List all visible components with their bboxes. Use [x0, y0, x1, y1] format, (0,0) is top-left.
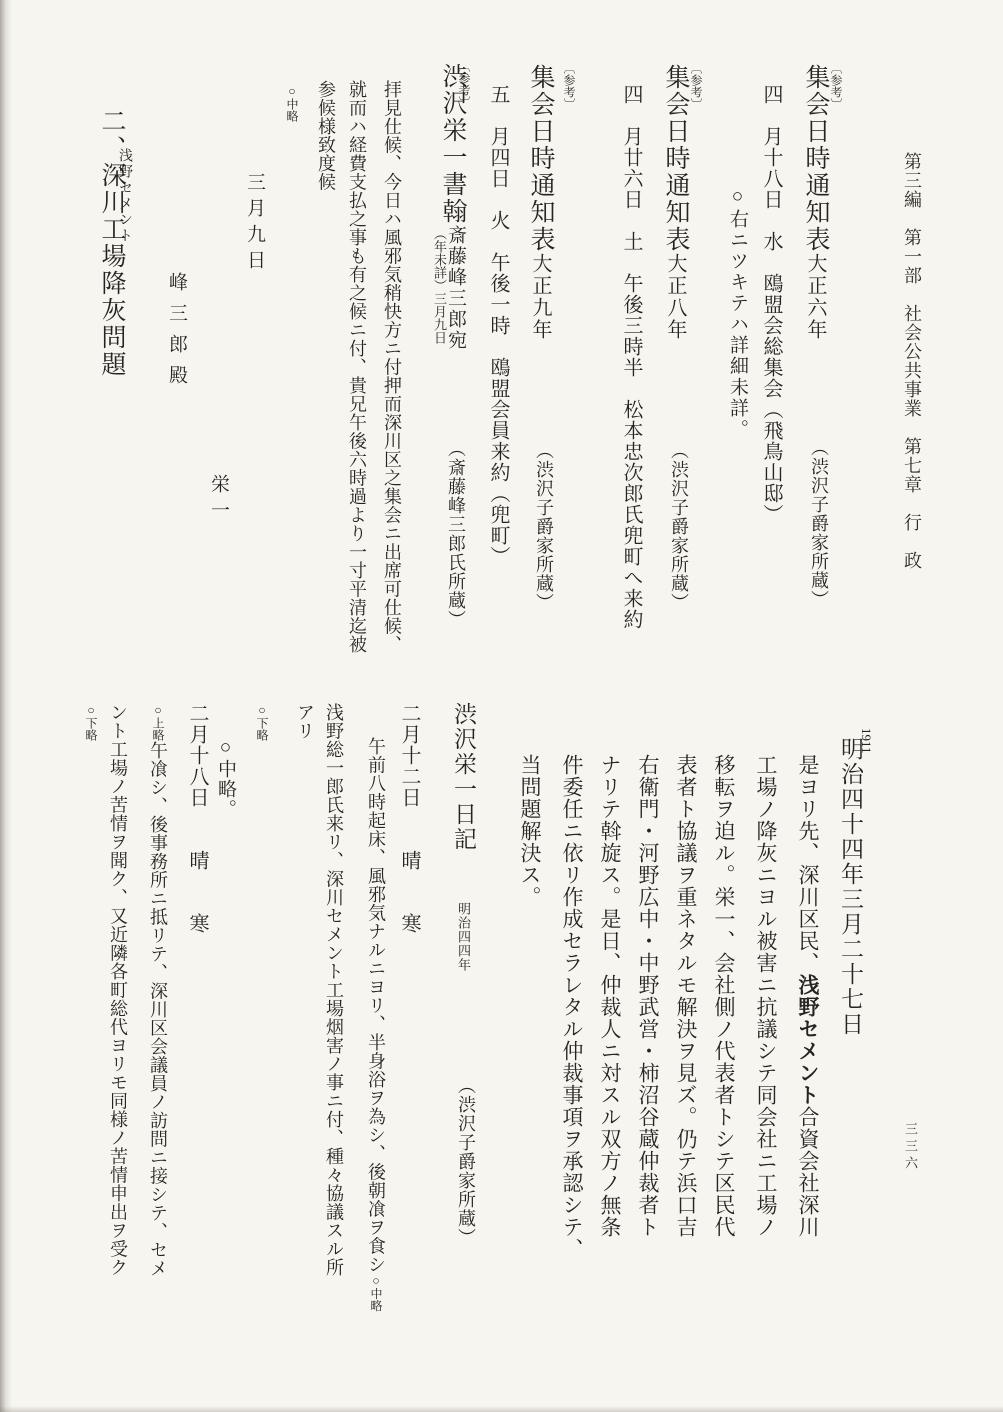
summary-line: 件委任ニ依リ作成セラレタル仲裁事項ヲ承認シテ、	[561, 754, 582, 1260]
reference-title-group: 集会日時通知表大正八年	[663, 64, 688, 341]
summary-line: 当問題解決ス。	[519, 754, 540, 908]
reference-title: 集会日時通知表	[527, 64, 554, 253]
omission-note: ○中略	[369, 1274, 383, 1312]
reference-title-column: 集会日時通知表大正六年 （渋沢子爵家所蔵）	[803, 64, 828, 609]
letter-addressee-block: 斎藤峰三郎宛（年未詳）三月九日	[433, 225, 465, 351]
page-number: 三三六	[904, 1122, 917, 1173]
omission-note: ○中略	[286, 84, 298, 122]
summary-line: 右衛門・河野広中・中野武営・柿沼谷蔵仲裁者ト	[637, 754, 658, 1238]
reference-era: 大正九年	[529, 253, 551, 341]
summary-line: ナリテ斡旋ス。是日、仲裁人ニ対スル双方ノ無条	[599, 754, 620, 1238]
reference-title-column: 集会日時通知表大正八年 （渋沢子爵家所蔵）	[663, 64, 688, 612]
diary-text: 午前八時起床、風邪気ナルニヨリ、半身浴ヲ為シ、後朝飡ヲ食シ	[366, 737, 386, 1274]
reference-source: （渋沢子爵家所蔵）	[528, 441, 553, 612]
diary-body-line: 浅野総一郎氏来リ、深川セメント工場烟害ノ事ニ付、種々協議スル所	[325, 703, 343, 1277]
reference-label: 〔参考〕	[563, 62, 575, 110]
summary-line: 工場ノ降灰ニヨル被害ニ抗議シテ同会社ニ工場ノ	[755, 754, 776, 1238]
diary-era: 明治四四年	[456, 902, 471, 972]
diary-body-line: アリ	[296, 703, 314, 740]
reference-era: 大正六年	[804, 253, 826, 341]
reference-era: 大正八年	[664, 253, 686, 341]
reference-label: 〔参考〕	[690, 62, 702, 110]
summary-text: 合資会社深川	[796, 1106, 820, 1238]
reference-title-column: 集会日時通知表大正九年 （渋沢子爵家所蔵）	[528, 64, 553, 612]
summary-line: 移転ヲ迫ル。栄一、会社側ノ代表者トシテ区民代	[713, 754, 734, 1238]
reference-title-group: 集会日時通知表大正六年	[803, 64, 828, 341]
letter-addressee: 峰三郎殿	[167, 272, 186, 396]
running-head: 第三編 第一部 社会公共事業 第七章 行 政	[903, 152, 921, 570]
section-heading-qualifier: 浅野セメント	[117, 148, 131, 244]
diary-title: 渋沢栄一日記	[451, 702, 476, 902]
omission-note: ○下略	[85, 703, 97, 741]
diary-body-line: 午前八時起床、風邪気ナルニヨリ、半身浴ヲ為シ、後朝飡ヲ食シ○中略	[367, 737, 385, 1312]
summary-company-name: 浅野セメント	[796, 974, 820, 1106]
diary-date-line: 二月十二日 晴 寒	[399, 703, 419, 934]
summary-line: 表者ト協議ヲ重ネタルモ解決ヲ見ズ。仍テ浜口吉	[675, 754, 696, 1238]
reference-source: （渋沢子爵家所蔵）	[803, 438, 828, 609]
reference-label: 〔参考〕	[830, 62, 842, 110]
book-page: 第三編 第一部 社会公共事業 第七章 行 政 三三六 〔参考〕 集会日時通知表大…	[0, 0, 1003, 1412]
diary-body-line: ント工場ノ苦情ヲ聞ク、又近隣各町総代ヨリモ同様ノ苦情申出ヲ受ク	[109, 703, 127, 1277]
diary-title-column: 渋沢栄一日記 明治四四年 （渋沢子爵家所蔵）	[452, 702, 475, 1247]
letter-title-column: 渋沢栄一書翰斎藤峰三郎宛（年未詳）三月九日 （斎藤峰三郎氏所蔵）	[433, 63, 465, 629]
reference-entry: 四 月十八日 水 鴎盟会総集会（飛鳥山邸）	[761, 84, 781, 525]
reference-title: 集会日時通知表	[802, 64, 829, 253]
summary-text: 是ヨリ先、深川区民、	[796, 754, 820, 974]
summary-line: 是ヨリ先、深川区民、浅野セメント合資会社深川	[797, 754, 818, 1238]
date-heading: 明治四十四年三月二十七日	[839, 737, 862, 1037]
diary-source: （渋沢子爵家所蔵）	[452, 1076, 475, 1247]
letter-date-note: （年未詳）三月九日	[433, 225, 446, 351]
letter-title: 渋沢栄一書翰	[439, 63, 466, 225]
reference-note: ○右ニツキテハ詳細未詳。	[728, 186, 747, 440]
letter-body-line: 拝見仕候、今日ハ風邪気稍快方ニ付押而深川区之集会ニ出席可仕候、	[383, 80, 401, 654]
letter-body-line: 参候様致度候	[317, 80, 335, 191]
diary-body-line: ○上略午飡シ、後事務所ニ抵リテ、深川区会議員ノ訪問ニ接シテ、セメ	[149, 703, 167, 1278]
diary-date-line: 二月十八日 晴 寒	[187, 703, 207, 934]
reference-title: 集会日時通知表	[662, 64, 689, 253]
letter-source: （斎藤峰三郎氏所蔵）	[433, 439, 465, 629]
letter-title-group: 渋沢栄一書翰斎藤峰三郎宛（年未詳）三月九日	[433, 63, 465, 351]
letter-body-line: 就而ハ経費支払之事も有之候ニ付、貴兄午後六時過より一寸平清迄被	[348, 80, 366, 654]
letter-addressee-line: 斎藤峰三郎宛	[446, 225, 465, 351]
omission-note: ○下略	[256, 703, 268, 741]
reference-title-group: 集会日時通知表大正九年	[528, 64, 553, 341]
reference-entry: 四 月廿六日 土 午後三時半 松本忠次郎氏兜町へ来約	[621, 84, 641, 630]
diary-title-group: 渋沢栄一日記 明治四四年	[452, 702, 475, 972]
letter-date: 三月九日	[245, 172, 264, 276]
reference-entry: 五 月四日 火 午後一時 鴎盟会員来約（兜町）	[488, 84, 508, 567]
omission-note: ○上略	[151, 703, 165, 741]
reference-source: （渋沢子爵家所蔵）	[663, 441, 688, 612]
diary-text: 午飡シ、後事務所ニ抵リテ、深川区会議員ノ訪問ニ接シテ、セメ	[148, 741, 168, 1278]
omission-note: ○中略。	[216, 737, 235, 819]
letter-signature: 栄一	[209, 474, 228, 526]
